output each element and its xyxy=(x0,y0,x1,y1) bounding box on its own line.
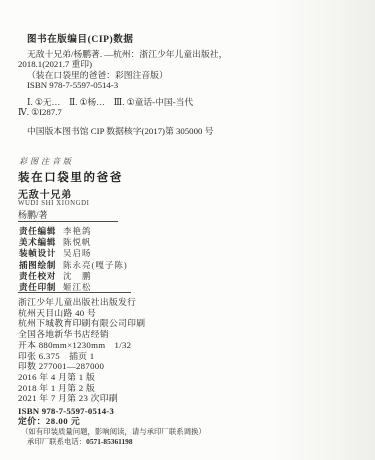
credit-row: 责任编辑 李艳鸽 xyxy=(19,225,128,236)
cip-class-line: Ⅰ. ①无… Ⅱ. ①杨… Ⅲ. ①童话-中国-当代 xyxy=(18,97,193,107)
isbn-line: ISBN 978-7-5597-0514-3 xyxy=(18,406,145,417)
cip-class-line: Ⅳ. ①I287.7 xyxy=(18,107,193,117)
credit-row: 责任校对 沈 鹏 xyxy=(19,270,128,281)
printer-contact-label: 承印厂联系电话： xyxy=(27,437,86,446)
book-title-pinyin: WUDI SHI XIONGDI xyxy=(18,200,90,207)
credit-name: 吴启旸 xyxy=(63,247,92,259)
copyright-page: 图书在版编目(CIP)数据 无敌十兄弟/杨鹏著. —杭州：浙江少年儿童出版社， … xyxy=(0,0,375,460)
cip-classification: Ⅰ. ①无… Ⅱ. ①杨… Ⅲ. ①童话-中国-当代 Ⅳ. ①I287.7 xyxy=(18,97,193,118)
publisher-line: 浙江少年儿童出版社出版发行 xyxy=(18,297,145,308)
author-byline: 杨鹏/著 xyxy=(18,208,48,221)
credits-list: 责任编辑 李艳鸽 美术编辑 陈悦帆 装帧设计 吴启旸 插图绘制 陈永亮(嘎子陈)… xyxy=(19,225,128,293)
print-run-line: 印数 277001—287000 xyxy=(18,361,145,372)
credit-name: 陈永亮(嘎子陈) xyxy=(63,259,128,271)
credit-role: 责任编辑 xyxy=(19,225,63,237)
credit-role: 美术编辑 xyxy=(19,236,63,248)
publishing-info: 浙江少年儿童出版社出版发行 杭州天目山路 40 号 杭州下城教育印刷有限公司印刷… xyxy=(18,297,145,427)
edition-line-1: 2016 年 4 月第 1 版 xyxy=(18,372,145,383)
credit-row: 装帧设计 吴启旸 xyxy=(19,248,128,259)
printer-phone: 0571-85361198 xyxy=(86,437,132,446)
edition-line-2: 2018 年 1 月第 2 版 xyxy=(18,383,145,394)
cip-heading: 图书在版编目(CIP)数据 xyxy=(27,31,134,45)
quality-footnote: （如有印装质量问题，影响阅读，请与承印厂联系调换） 承印厂联系电话：0571-8… xyxy=(21,427,206,447)
cip-line: 无敌十兄弟/杨鹏著. —杭州：浙江少年儿童出版社， xyxy=(18,49,227,59)
sheets-line: 印张 6.375 插页 1 xyxy=(18,351,145,362)
series-title: 装在口袋里的爸爸 xyxy=(18,169,123,185)
credit-row: 美术编辑 陈悦帆 xyxy=(19,236,128,247)
book-title: 无敌十兄弟 xyxy=(18,186,72,201)
publisher-address: 杭州天目山路 40 号 xyxy=(18,308,145,319)
series-edition-label: 彩图注音版 xyxy=(19,156,74,167)
cip-block: 无敌十兄弟/杨鹏著. —杭州：浙江少年儿童出版社， 2018.1(2021.7 … xyxy=(18,49,227,90)
printing-line: 2021 年 7 月第 23 次印刷 xyxy=(18,393,145,404)
credit-name: 沈 鹏 xyxy=(63,270,92,282)
credit-role: 责任校对 xyxy=(19,270,63,282)
credit-role: 插图绘制 xyxy=(19,259,63,271)
cip-line: （装在口袋里的爸爸：彩图注音版） xyxy=(18,70,227,80)
divider-rule-bottom xyxy=(18,292,131,293)
divider-rule-top xyxy=(18,221,118,222)
cip-isbn-line: ISBN 978-7-5597-0514-3 xyxy=(18,80,227,90)
price-line: 定价：28.00 元 xyxy=(18,416,145,427)
quality-note-line: （如有印装质量问题，影响阅读，请与承印厂联系调换） xyxy=(21,427,206,437)
credit-name: 李艳鸽 xyxy=(63,225,92,237)
credit-role: 装帧设计 xyxy=(19,247,63,259)
credit-row: 插图绘制 陈永亮(嘎子陈) xyxy=(19,259,128,270)
printer-contact-line: 承印厂联系电话：0571-85361198 xyxy=(21,437,206,447)
cip-record-number: 中国版本图书馆 CIP 数据核字(2017)第 305000 号 xyxy=(27,124,213,137)
printer-line: 杭州下城教育印刷有限公司印刷 xyxy=(18,318,145,329)
cip-line: 2018.1(2021.7 重印) xyxy=(18,59,227,69)
distributor-line: 全国各地新华书店经销 xyxy=(18,329,145,340)
format-line: 开本 880mm×1230mm 1/32 xyxy=(18,340,145,351)
credit-name: 陈悦帆 xyxy=(63,236,92,248)
